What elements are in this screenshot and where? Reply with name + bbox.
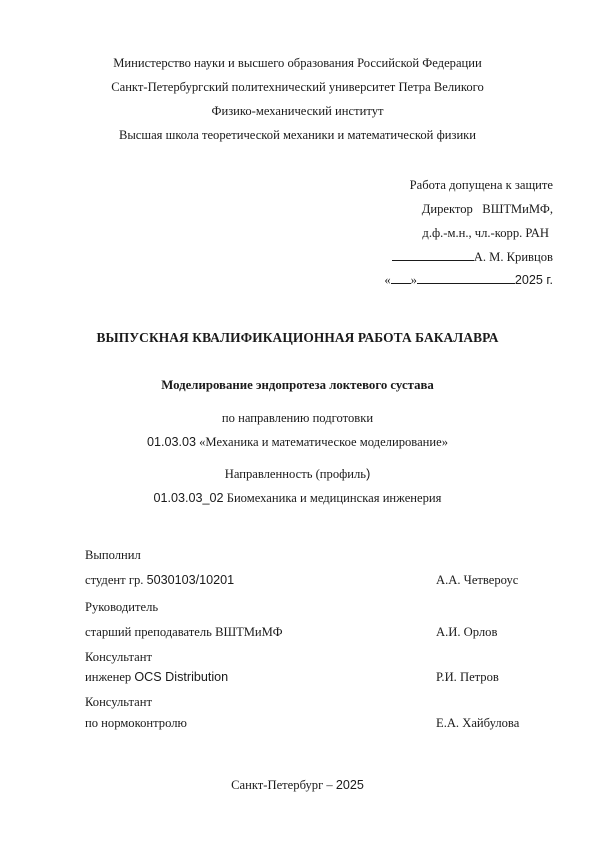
profile-label-paren: ): [366, 467, 370, 481]
direction-code: 01.03.03: [147, 435, 196, 449]
month-blank: [417, 273, 515, 284]
footer-year: 2025: [336, 778, 364, 792]
thesis-topic: Моделирование эндопротеза локтевого суст…: [0, 378, 595, 393]
thesis-type: ВЫПУСКНАЯ КВАЛИФИКАЦИОННАЯ РАБОТА БАКАЛА…: [0, 330, 595, 346]
profile-label: Направленность (профиль: [225, 467, 366, 481]
institute-line: Физико-механический институт: [0, 104, 595, 119]
approval-line-1: Работа допущена к защите: [410, 178, 553, 193]
name-consultant-2: Е.А. Хайбулова: [436, 716, 519, 731]
position-text: инженер: [85, 670, 134, 684]
company-name: OCS Distribution: [134, 670, 228, 684]
signature-blank: [392, 250, 474, 261]
profile-name: Биомеханика и медицинская инженерия: [224, 491, 442, 505]
profile-code: 01.03.03_02: [154, 491, 224, 505]
role-consultant-1: Консультант: [85, 650, 152, 665]
group-number: 5030103/10201: [147, 573, 235, 587]
position-text: студент гр.: [85, 573, 147, 587]
profile-line: 01.03.03_02 Биомеханика и медицинская ин…: [0, 491, 595, 506]
position-consultant-2: по нормоконтролю: [85, 716, 187, 731]
position-supervisor: старший преподаватель ВШТМиМФ: [85, 625, 283, 640]
role-consultant-2: Консультант: [85, 695, 152, 710]
position-text: по нормоконтролю: [85, 716, 187, 730]
name-consultant-1: Р.И. Петров: [436, 670, 499, 685]
role-performer: Выполнил: [85, 548, 141, 563]
footer-city: Санкт-Петербург –: [231, 778, 336, 792]
day-blank: [391, 273, 411, 284]
position-performer: студент гр. 5030103/10201: [85, 573, 234, 588]
name-performer: А.А. Четвероус: [436, 573, 518, 588]
footer-city-year: Санкт-Петербург – 2025: [0, 778, 595, 793]
position-text: старший преподаватель ВШТМиМФ: [85, 625, 283, 639]
ministry-line: Министерство науки и высшего образования…: [0, 56, 595, 71]
direction-line: 01.03.03 «Механика и математическое моде…: [0, 435, 595, 450]
profile-label-line: Направленность (профиль): [0, 467, 595, 482]
university-line: Санкт-Петербургский политехнический унив…: [0, 80, 595, 95]
school-line: Высшая школа теоретической механики и ма…: [0, 128, 595, 143]
approval-date-line: «»2025 г.: [384, 273, 553, 288]
position-consultant-1: инженер OCS Distribution: [85, 670, 228, 685]
direction-name: «Механика и математическое моделирование…: [196, 435, 448, 449]
approval-line-3: д.ф.-м.н., чл.-корр. РАН: [422, 226, 549, 241]
name-supervisor: А.И. Орлов: [436, 625, 497, 640]
direction-label: по направлению подготовки: [0, 411, 595, 426]
approval-signer: А. М. Кривцов: [474, 250, 553, 264]
approval-signature-line: А. М. Кривцов: [392, 250, 553, 265]
approval-line-2: Директор ВШТМиМФ,: [422, 202, 553, 217]
approval-year: 2025 г.: [515, 273, 553, 287]
role-supervisor: Руководитель: [85, 600, 158, 615]
